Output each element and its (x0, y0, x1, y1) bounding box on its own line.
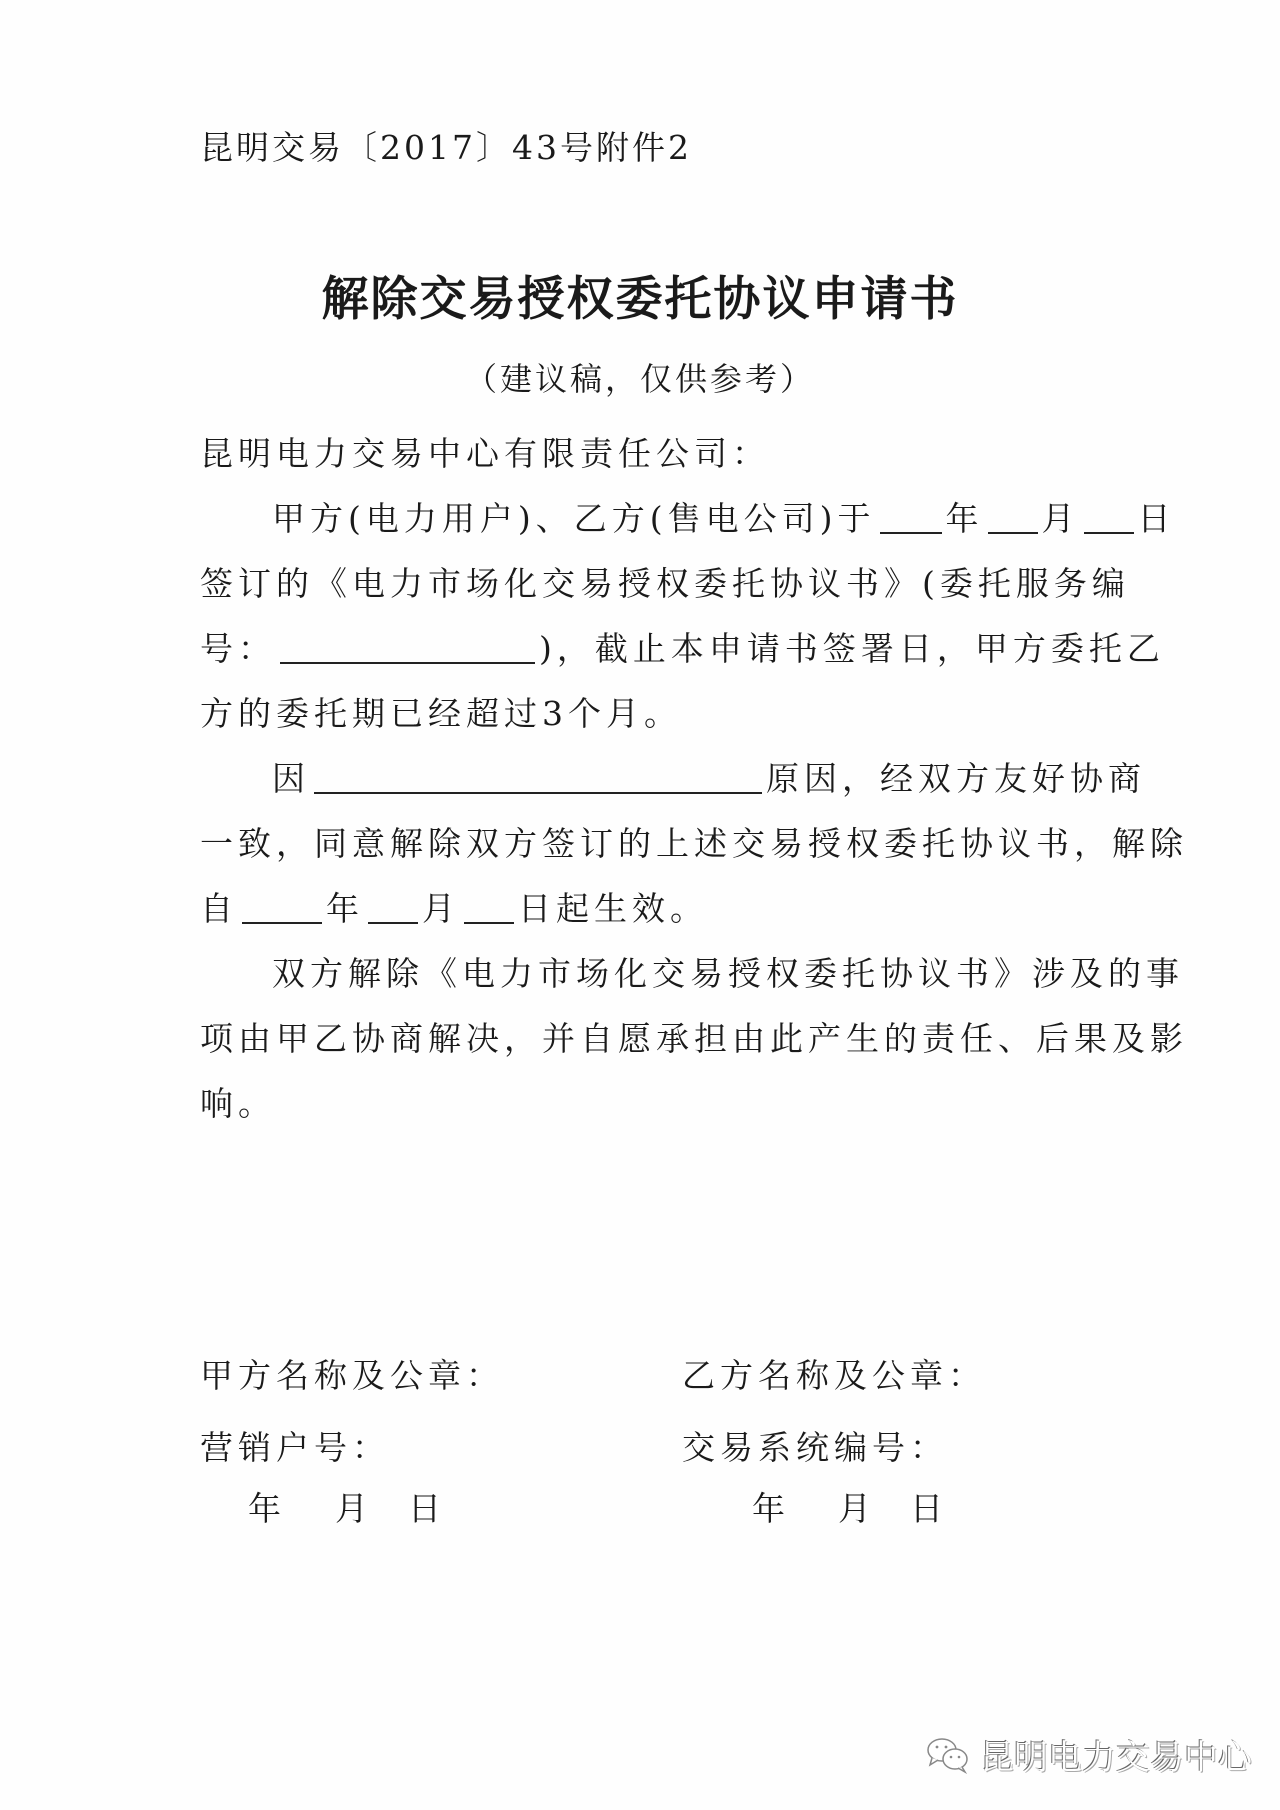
sign-day-blank[interactable] (1084, 502, 1134, 534)
wechat-icon (926, 1736, 970, 1774)
effective-year-blank[interactable] (242, 892, 322, 924)
paragraph-1-line-4: 方的委托期已经超过3个月。 (200, 688, 682, 735)
party-b-system-id-label: 交易系统编号： (682, 1422, 948, 1469)
sign-year-blank[interactable] (880, 502, 942, 534)
sign-month-blank[interactable] (988, 502, 1038, 534)
watermark-text: 昆明电力交易中心 (980, 1730, 1252, 1779)
paragraph-1-line-3: 号：)，截止本申请书签署日，甲方委托乙 (200, 623, 1165, 670)
document-subtitle: （建议稿，仅供参考） (0, 354, 1280, 400)
document-reference: 昆明交易〔2017〕43号附件2 (200, 122, 692, 169)
party-b-name-seal-label: 乙方名称及公章： (682, 1350, 986, 1397)
p1-line3-suffix: )，截止本申请书签署日，甲方委托乙 (539, 629, 1165, 668)
p2-prefix: 因 (272, 759, 310, 798)
p2-line1-suffix: 原因，经双方友好协商 (766, 759, 1146, 798)
paragraph-1-line-1: 甲方(电力用户)、乙方(售电公司)于年月日 (272, 493, 1176, 540)
party-a-account-label: 营销户号： (200, 1422, 390, 1469)
month-unit: 月 (422, 889, 460, 928)
year-unit: 年 (946, 499, 984, 538)
effective-day-blank[interactable] (464, 892, 514, 924)
paragraph-3-line-1: 双方解除《电力市场化交易授权委托协议书》涉及的事 (272, 948, 1184, 995)
watermark: 昆明电力交易中心 (926, 1730, 1252, 1779)
paragraph-3-line-3: 响。 (200, 1078, 276, 1125)
reason-blank[interactable] (314, 762, 762, 794)
paragraph-2-line-1: 因原因，经双方友好协商 (272, 753, 1146, 800)
paragraph-1-line-2: 签订的《电力市场化交易授权委托协议书》(委托服务编 (200, 558, 1130, 605)
party-a-date-year: 年 (248, 1483, 286, 1530)
paragraph-2-line-3: 自年月日起生效。 (200, 883, 708, 930)
party-a-name-seal-label: 甲方名称及公章： (200, 1350, 504, 1397)
p1-prefix: 甲方(电力用户)、乙方(售电公司)于 (272, 499, 876, 538)
party-b-date-day: 日 (910, 1483, 948, 1530)
p2-line3-prefix: 自 (200, 889, 238, 928)
service-number-blank[interactable] (280, 632, 535, 664)
document-title: 解除交易授权委托协议申请书 (0, 262, 1280, 329)
party-a-date-month: 月 (335, 1483, 373, 1530)
p2-line3-suffix: 日起生效。 (518, 889, 708, 928)
service-number-label: 号： (200, 629, 276, 668)
paragraph-3-line-2: 项由甲乙协商解决，并自愿承担由此产生的责任、后果及影 (200, 1013, 1188, 1060)
year-unit: 年 (326, 889, 364, 928)
party-a-date-day: 日 (408, 1483, 446, 1530)
month-unit: 月 (1042, 499, 1080, 538)
paragraph-2-line-2: 一致，同意解除双方签订的上述交易授权委托协议书，解除 (200, 818, 1188, 865)
effective-month-blank[interactable] (368, 892, 418, 924)
addressee: 昆明电力交易中心有限责任公司： (200, 428, 770, 475)
party-b-date-year: 年 (752, 1483, 790, 1530)
party-b-date-month: 月 (838, 1483, 876, 1530)
day-unit: 日 (1138, 499, 1176, 538)
